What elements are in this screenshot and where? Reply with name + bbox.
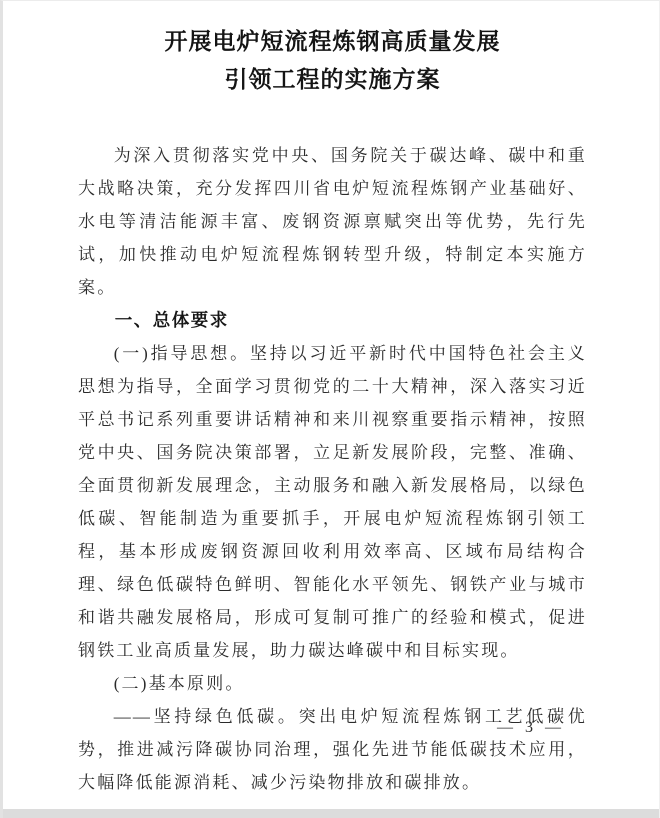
page-number: — 3 — — [497, 719, 565, 737]
scan-edge-shadow — [3, 809, 659, 818]
paragraph-green-low-carbon: ——坚持绿色低碳。突出电炉短流程炼钢工艺低碳优势，推进减污降碳协同治理，强化先进… — [78, 700, 587, 799]
document-title-line2: 引领工程的实施方案 — [225, 67, 441, 92]
paragraph-guiding-ideology: (一)指导思想。坚持以习近平新时代中国特色社会主义思想为指导，全面学习贯彻党的二… — [78, 337, 587, 667]
document-page: 开展电炉短流程炼钢高质量发展 引领工程的实施方案 为深入贯彻落实党中央、国务院关… — [0, 0, 660, 818]
paragraph-green-low-carbon-lead: ——坚持绿色低碳。 — [114, 707, 299, 726]
paragraph-guiding-ideology-text: 坚持以习近平新时代中国特色社会主义思想为指导，全面学习贯彻党的二十大精神，深入落… — [78, 344, 587, 660]
section-heading-overall-requirements: 一、总体要求 — [78, 304, 587, 337]
paragraph-intro: 为深入贯彻落实党中央、国务院关于碳达峰、碳中和重大战略决策，充分发挥四川省电炉短… — [78, 139, 587, 304]
paragraph-guiding-ideology-lead: (一)指导思想。 — [114, 344, 250, 363]
paragraph-basic-principles-label: (二)基本原则。 — [78, 667, 587, 700]
document-title-line1: 开展电炉短流程炼钢高质量发展 — [165, 29, 501, 54]
document-title: 开展电炉短流程炼钢高质量发展 引领工程的实施方案 — [78, 23, 587, 99]
